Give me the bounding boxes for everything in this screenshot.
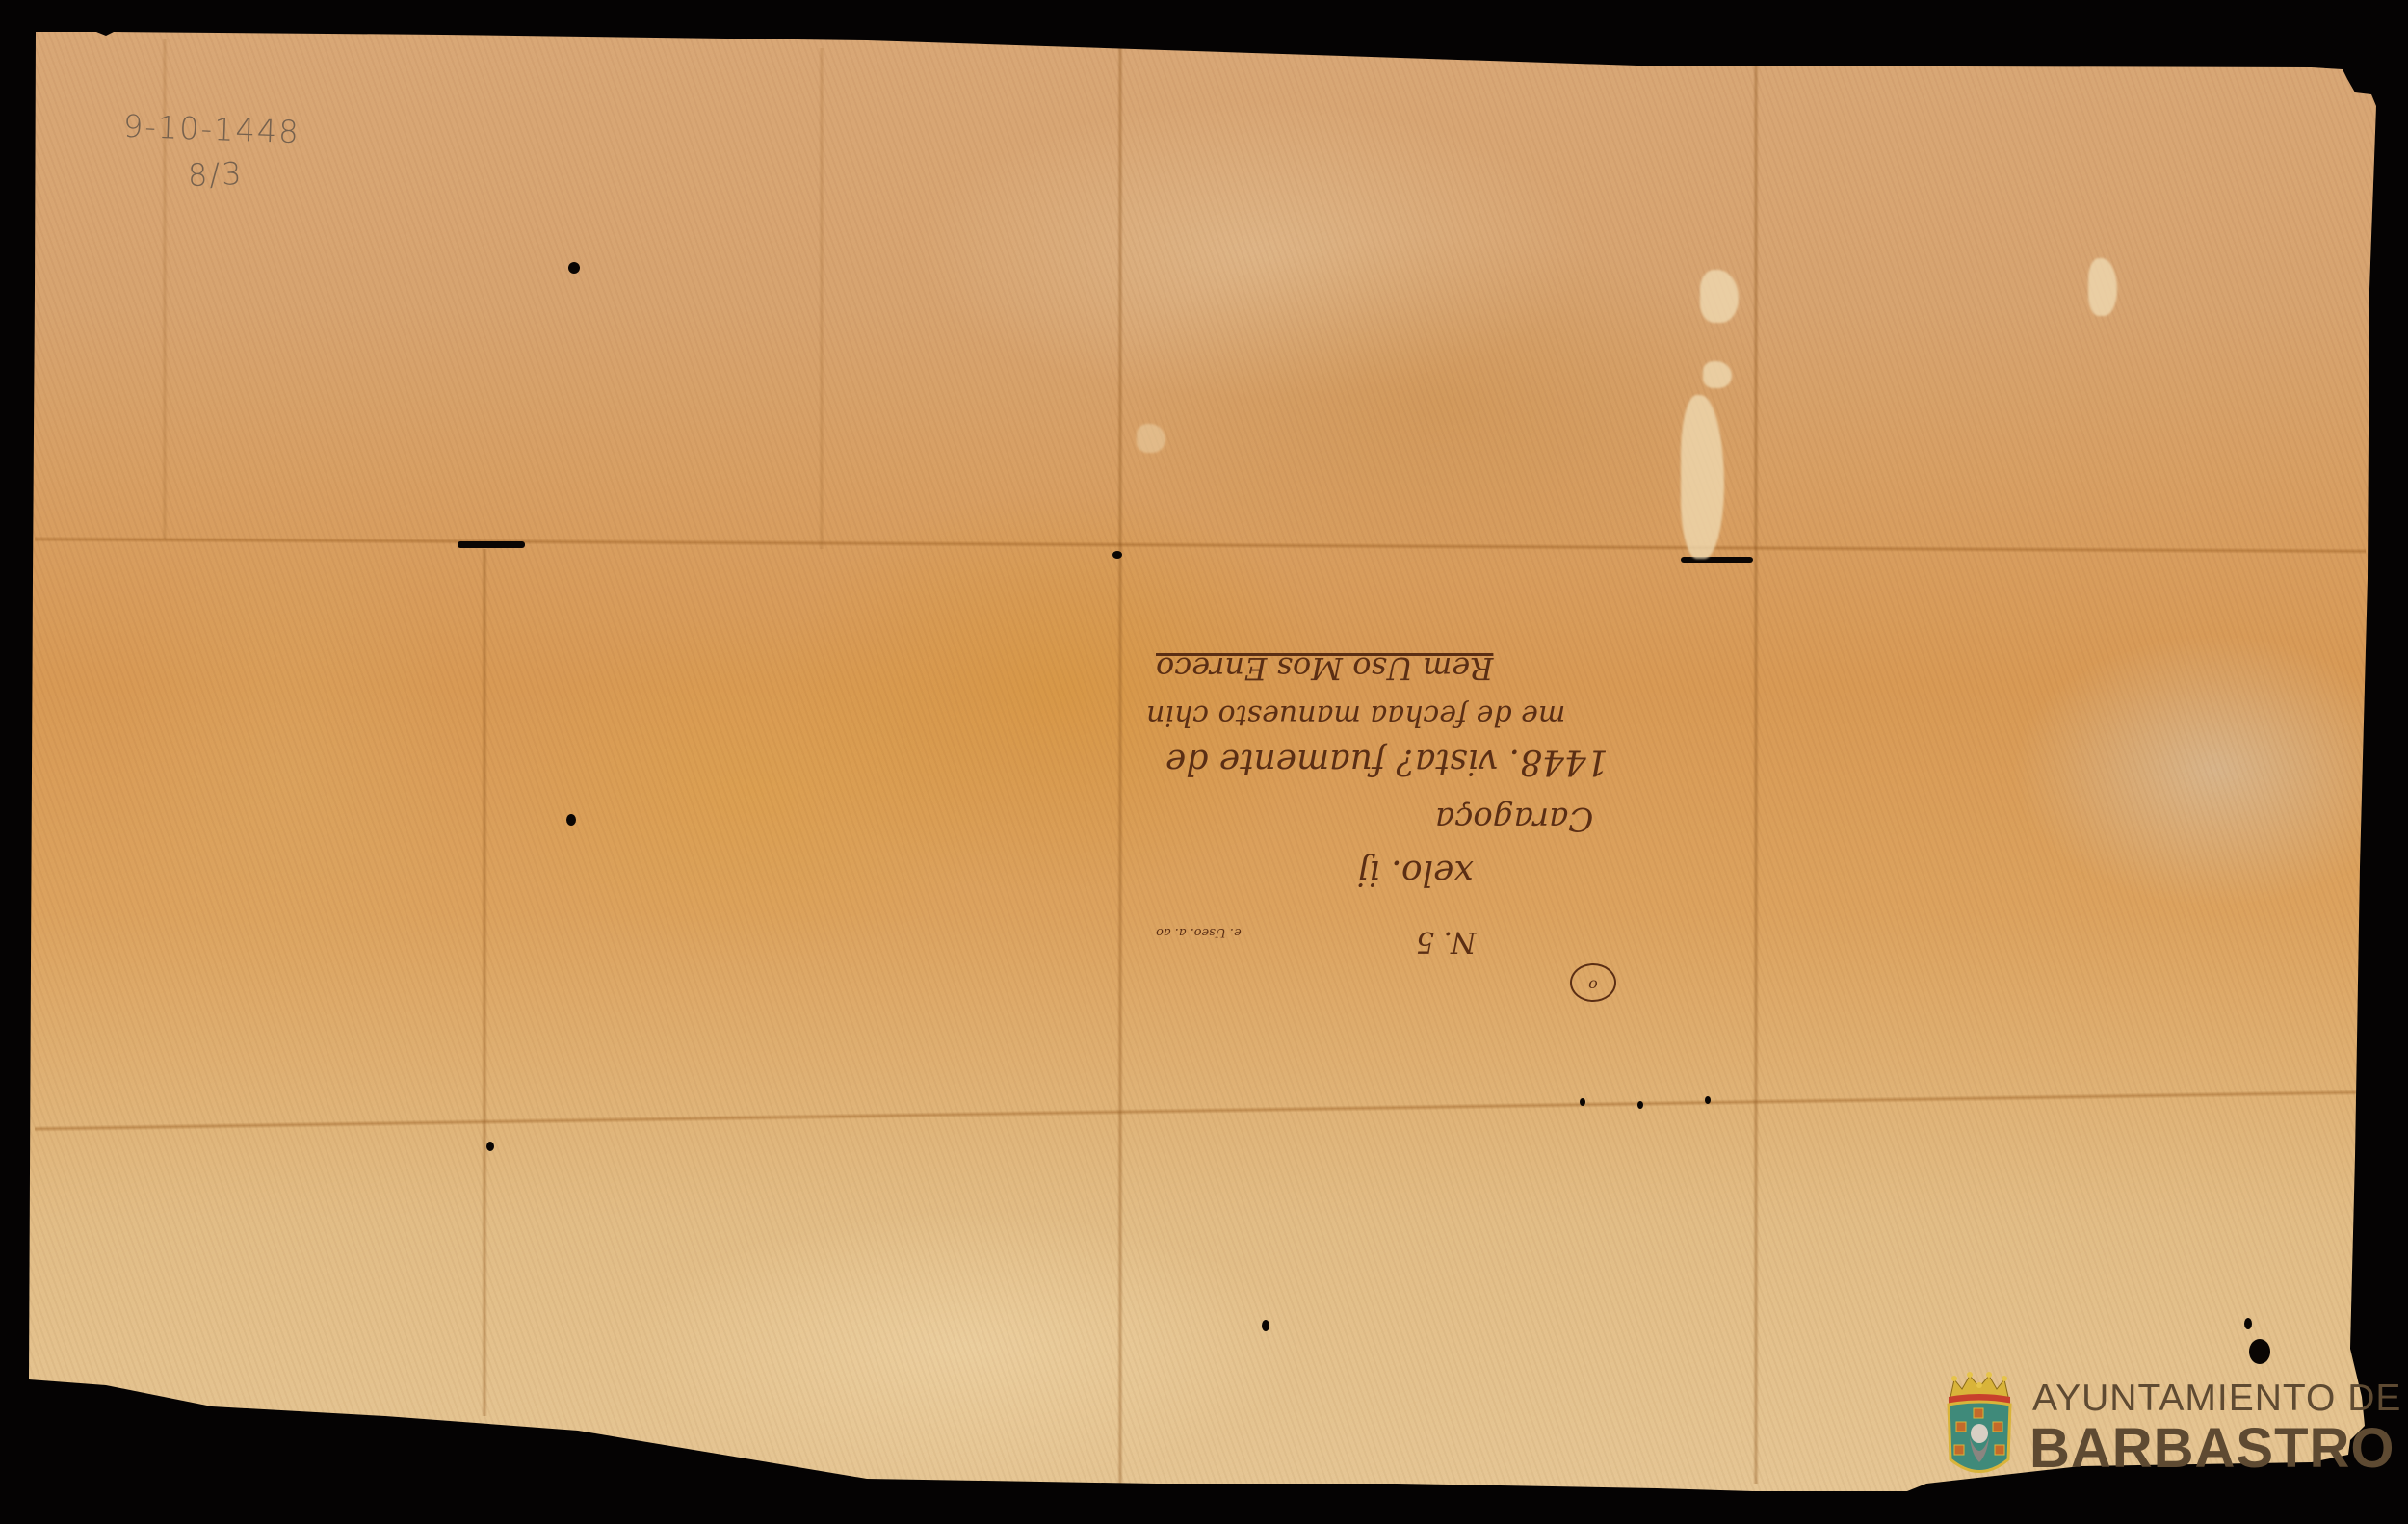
water-stain (1703, 361, 1732, 388)
note-line-2: e. Useo. a. ao (1156, 925, 1242, 939)
fold-line-v5 (819, 48, 824, 549)
fold-line-v3 (1753, 58, 1759, 1484)
hole (568, 262, 580, 274)
coat-of-arms-icon (1941, 1368, 2018, 1484)
fold-tear (1681, 557, 1753, 563)
hole (566, 814, 576, 826)
note-line-6: me de fechaa manuesto chin (1146, 698, 1565, 732)
barbastro-watermark: AYUNTAMIENTO DE BARBASTRO (1941, 1368, 2374, 1484)
hole (1262, 1320, 1269, 1331)
hole (1637, 1101, 1643, 1109)
scan-background: 9-10-1448 8/3 o N. 5 e. Useo. a. ao xelo… (0, 0, 2408, 1524)
note-line-7: Rem Uso Mos Enreco (1156, 650, 1493, 687)
water-stain (1137, 424, 1165, 453)
pencil-date-notation: 9-10-1448 (122, 108, 301, 150)
fold-tear (458, 541, 525, 548)
watermark-line2: BARBASTRO (2029, 1416, 2395, 1481)
hole (1705, 1096, 1711, 1104)
note-line-5: 1448. vista? fuamente de (1165, 742, 1609, 781)
hole (2249, 1339, 2270, 1364)
hole (1580, 1098, 1585, 1106)
circled-mark: o (1570, 963, 1616, 1002)
note-line-4: Caragoça (1435, 800, 1593, 838)
pencil-reference: 8/3 (187, 155, 244, 194)
fold-line-v1 (482, 549, 487, 1416)
watermark-line1: AYUNTAMIENTO DE (2032, 1378, 2401, 1420)
fold-line-v2 (1117, 39, 1123, 1484)
note-line-1: N. 5 (1416, 925, 1477, 959)
hole (486, 1142, 494, 1151)
archival-note: o N. 5 e. Useo. a. ao xelo. ij Caragoça … (1146, 645, 1686, 1050)
note-line-3: xelo. ij (1358, 853, 1474, 892)
hole (1112, 551, 1122, 559)
hole (2244, 1318, 2252, 1329)
pencil-date: 9-10-1448 (122, 108, 301, 150)
pencil-reference-notation: 8/3 (187, 155, 244, 194)
